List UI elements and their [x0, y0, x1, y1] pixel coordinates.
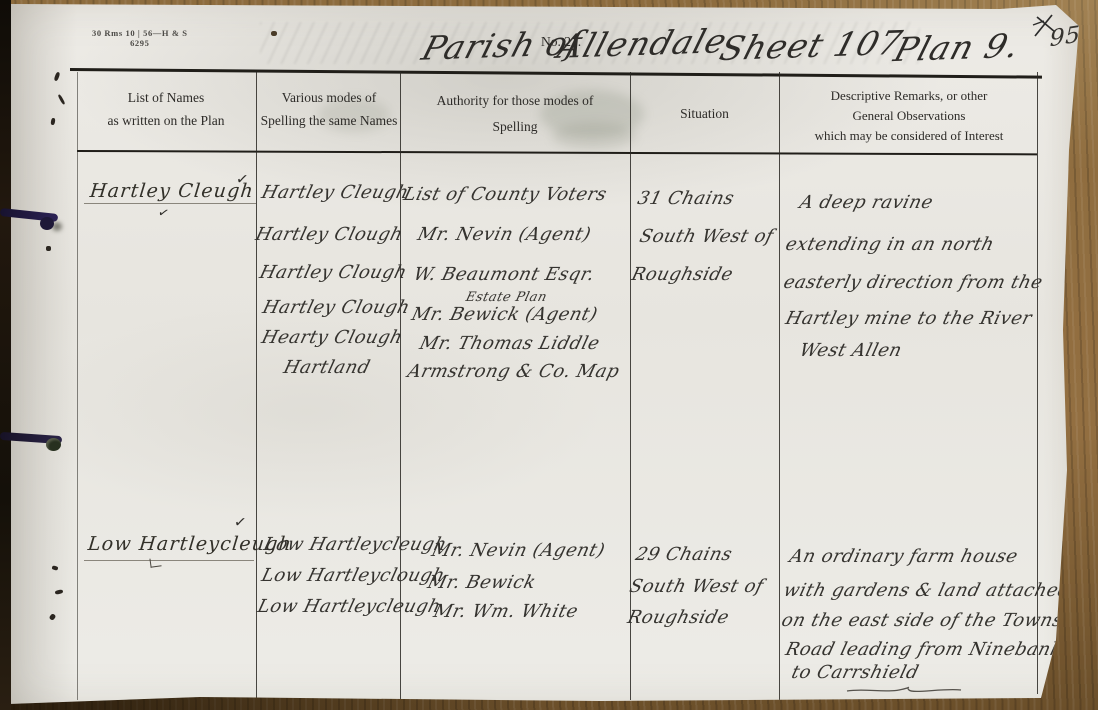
binding-stitch-knot: [46, 438, 61, 451]
row1-spelling: Hartley Cleugh: [259, 182, 411, 203]
row1-spelling: Hartley Clough: [257, 262, 409, 283]
row2-remarks-line: to Carrshield: [789, 662, 921, 683]
header-line: Spelling the same Names: [258, 109, 400, 132]
row1-remarks-line: extending in an north: [783, 234, 996, 255]
printer-stamp: 30 Rms 10 | 56—H & S 6295: [92, 28, 188, 48]
title-plan: Plan 9.: [890, 26, 1025, 69]
row1-plan-name: Hartley Cleugh: [89, 180, 255, 202]
row2-remarks-line: with gardens & land attached: [781, 580, 1072, 601]
name-underline: [84, 560, 254, 561]
scanned-register-photo: 30 Rms 10 | 56—H & S 6295 No. 21. Parish…: [0, 0, 1098, 710]
row1-remarks-line: Hartley mine to the River: [783, 308, 1034, 329]
row2-remarks-line: An ordinary farm house: [787, 546, 1020, 567]
header-separator-rule: [77, 150, 1037, 155]
row1-remarks-line: West Allen: [797, 340, 904, 361]
row1-checkmark-2: ✓: [156, 204, 171, 222]
header-col-authority: Authority for those modes of Spelling: [402, 88, 628, 140]
end-flourish: [845, 684, 963, 696]
register-page: 30 Rms 10 | 56—H & S 6295 No. 21. Parish…: [0, 0, 1098, 710]
row1-remarks-line: A deep ravine: [797, 192, 935, 213]
row1-situation-line: Roughside: [629, 264, 735, 285]
row1-situation-line: South West of: [637, 226, 775, 247]
row1-checkmark: ✓: [235, 169, 250, 190]
row2-authority: Mr. Nevin (Agent): [429, 540, 607, 561]
row1-remarks-line: easterly direction from the: [781, 272, 1045, 293]
row1-authority: Mr. Nevin (Agent): [415, 224, 593, 245]
ink-speck: [46, 246, 51, 251]
book-binding-edge: [0, 0, 11, 710]
printer-stamp-line1: 30 Rms 10 | 56—H & S: [92, 28, 188, 38]
row2-spelling: Low Hartleyclough: [259, 565, 447, 586]
column-divider: [779, 72, 780, 700]
row1-authority: Armstrong & Co. Map: [405, 361, 621, 382]
row1-authority: Mr. Thomas Liddle: [417, 333, 602, 354]
header-line: Situation: [632, 102, 777, 125]
table-left-border: [77, 72, 78, 700]
header-line: Descriptive Remarks, or other: [782, 86, 1036, 106]
row1-spelling: Hearty Clough: [259, 327, 405, 348]
header-col-remarks: Descriptive Remarks, or other General Ob…: [782, 86, 1036, 146]
row2-spelling: Low Hartleycleugh: [261, 534, 449, 555]
row1-situation-line: 31 Chains: [635, 188, 736, 209]
row1-spelling: Hartley Clough: [260, 297, 412, 318]
row2-authority: Mr. Bewick: [425, 572, 538, 593]
row1-authority: List of County Voters: [401, 184, 609, 205]
name-underline: [84, 203, 256, 204]
row2-remarks-line: on the east side of the Township: [779, 610, 1095, 631]
header-line: Various modes of: [258, 86, 400, 109]
header-col-spellings: Various modes of Spelling the same Names: [258, 86, 400, 132]
title-parish-name: Allendale: [553, 21, 732, 66]
row2-checkmark: ✓: [233, 512, 248, 533]
column-divider: [630, 72, 631, 700]
binding-stitch-knot: [40, 217, 54, 230]
row2-remarks-line: Road leading from Ninebank: [783, 639, 1064, 660]
row2-situation-line: South West of: [627, 576, 765, 597]
printer-stamp-line2: 6295: [92, 38, 188, 48]
header-line: List of Names: [78, 86, 254, 109]
title-rule: [70, 68, 1042, 78]
row2-spelling: Low Hartleycleugh: [255, 596, 443, 617]
header-line: Spelling: [402, 114, 628, 140]
ink-speck: [271, 31, 277, 36]
row2-situation-line: Roughside: [625, 607, 731, 628]
row2-situation-line: 29 Chains: [633, 544, 734, 565]
header-line: as written on the Plan: [78, 109, 254, 132]
title-sheet: Sheet 107: [715, 23, 907, 68]
header-line: which may be considered of Interest: [782, 126, 1036, 146]
row1-spelling: Hartley Clough: [253, 224, 405, 245]
row1-authority: Estate Plan: [464, 290, 548, 305]
row2-authority: Mr. Wm. White: [431, 601, 580, 622]
header-col-situation: Situation: [632, 102, 777, 125]
pen-mark: [149, 557, 161, 567]
corner-page-number: 95: [1050, 22, 1081, 52]
row1-authority: Mr. Bewick (Agent): [409, 304, 600, 325]
row1-authority: W. Beaumont Esqr.: [411, 264, 596, 285]
header-col-names: List of Names as written on the Plan: [78, 86, 254, 132]
header-line: Authority for those modes of: [402, 88, 628, 114]
row1-spelling: Hartland: [281, 357, 372, 378]
header-line: General Observations: [782, 106, 1036, 126]
